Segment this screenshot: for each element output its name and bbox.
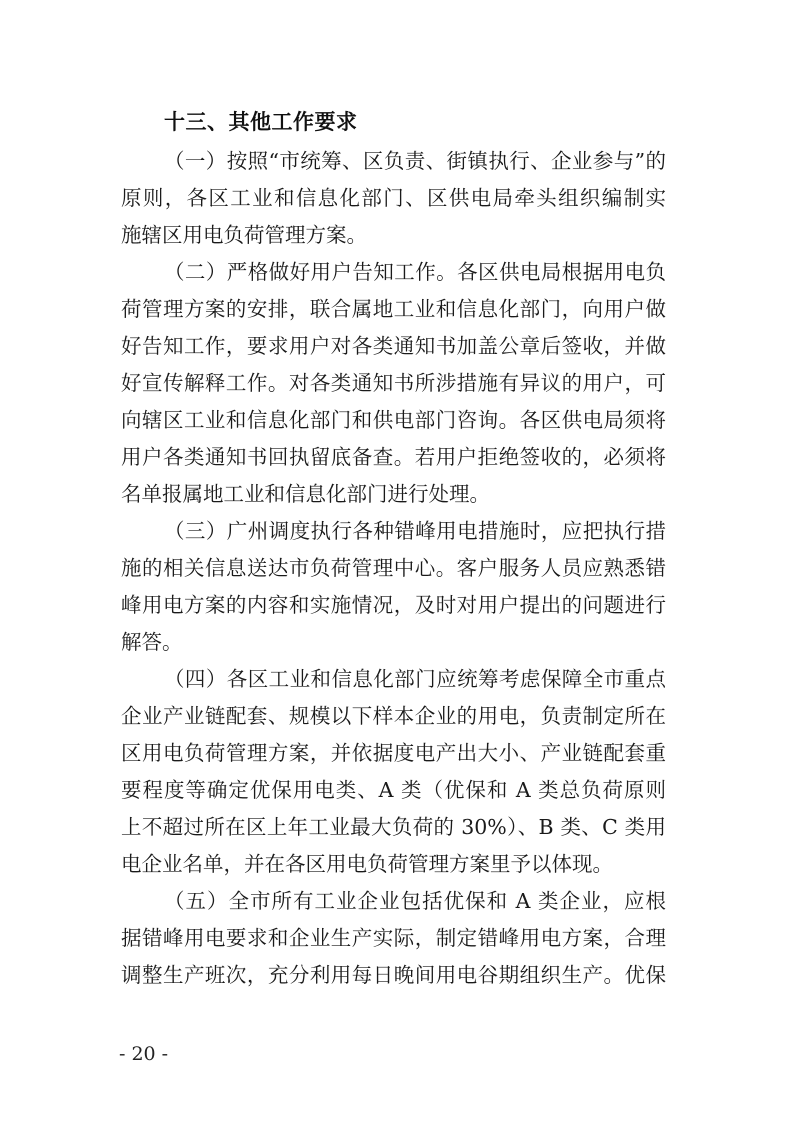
paragraph-3-line-3: 峰用电方案的内容和实施情况，及时对用户提出的问题进行 bbox=[121, 591, 666, 619]
paragraph-2-line-4: 好宣传解释工作。对各类通知书所涉措施有异议的用户，可 bbox=[121, 369, 666, 397]
paragraph-2-line-2: 荷管理方案的安排，联合属地工业和信息化部门，向用户做 bbox=[121, 295, 666, 323]
paragraph-1-line-3: 施辖区用电负荷管理方案。 bbox=[121, 221, 666, 249]
paragraph-5-line-1: （五）全市所有工业企业包括优保和 A 类企业，应根 bbox=[164, 887, 666, 915]
paragraph-2-line-6: 用户各类通知书回执留底备查。若用户拒绝签收的，必须将 bbox=[121, 443, 666, 471]
section-heading: 十三、其他工作要求 bbox=[164, 106, 358, 136]
paragraph-4-line-3: 区用电负荷管理方案，并依据度电产出大小、产业链配套重 bbox=[121, 739, 666, 767]
paragraph-4-line-4: 要程度等确定优保用电类、A 类（优保和 A 类总负荷原则 bbox=[121, 776, 666, 804]
page-number: - 20 - bbox=[119, 1043, 168, 1065]
paragraph-2-line-5: 向辖区工业和信息化部门和供电部门咨询。各区供电局须将 bbox=[121, 406, 666, 434]
paragraph-4-line-6: 电企业名单，并在各区用电负荷管理方案里予以体现。 bbox=[121, 850, 666, 878]
paragraph-5-line-3: 调整生产班次，充分利用每日晚间用电谷期组织生产。优保 bbox=[121, 961, 666, 989]
paragraph-3-line-2: 施的相关信息送达市负荷管理中心。客户服务人员应熟悉错 bbox=[121, 554, 666, 582]
paragraph-2-line-3: 好告知工作，要求用户对各类通知书加盖公章后签收，并做 bbox=[121, 332, 666, 360]
paragraph-2-line-7: 名单报属地工业和信息化部门进行处理。 bbox=[121, 480, 666, 508]
paragraph-3-line-4: 解答。 bbox=[121, 628, 666, 656]
document-page: 十三、其他工作要求 （一）按照“市统筹、区负责、街镇执行、企业参与”的 原则，各… bbox=[0, 0, 793, 1122]
paragraph-5-line-2: 据错峰用电要求和企业生产实际，制定错峰用电方案，合理 bbox=[121, 924, 666, 952]
paragraph-2-line-1: （二）严格做好用户告知工作。各区供电局根据用电负 bbox=[164, 258, 666, 286]
paragraph-4-line-2: 企业产业链配套、规模以下样本企业的用电，负责制定所在 bbox=[121, 702, 666, 730]
paragraph-1-line-1: （一）按照“市统筹、区负责、街镇执行、企业参与”的 bbox=[164, 147, 666, 175]
paragraph-3-line-1: （三）广州调度执行各种错峰用电措施时，应把执行措 bbox=[164, 517, 666, 545]
paragraph-4-line-5: 上不超过所在区上年工业最大负荷的 30%）、B 类、C 类用 bbox=[121, 813, 666, 841]
paragraph-1-line-2: 原则，各区工业和信息化部门、区供电局牵头组织编制实 bbox=[121, 184, 666, 212]
paragraph-4-line-1: （四）各区工业和信息化部门应统筹考虑保障全市重点 bbox=[164, 665, 666, 693]
